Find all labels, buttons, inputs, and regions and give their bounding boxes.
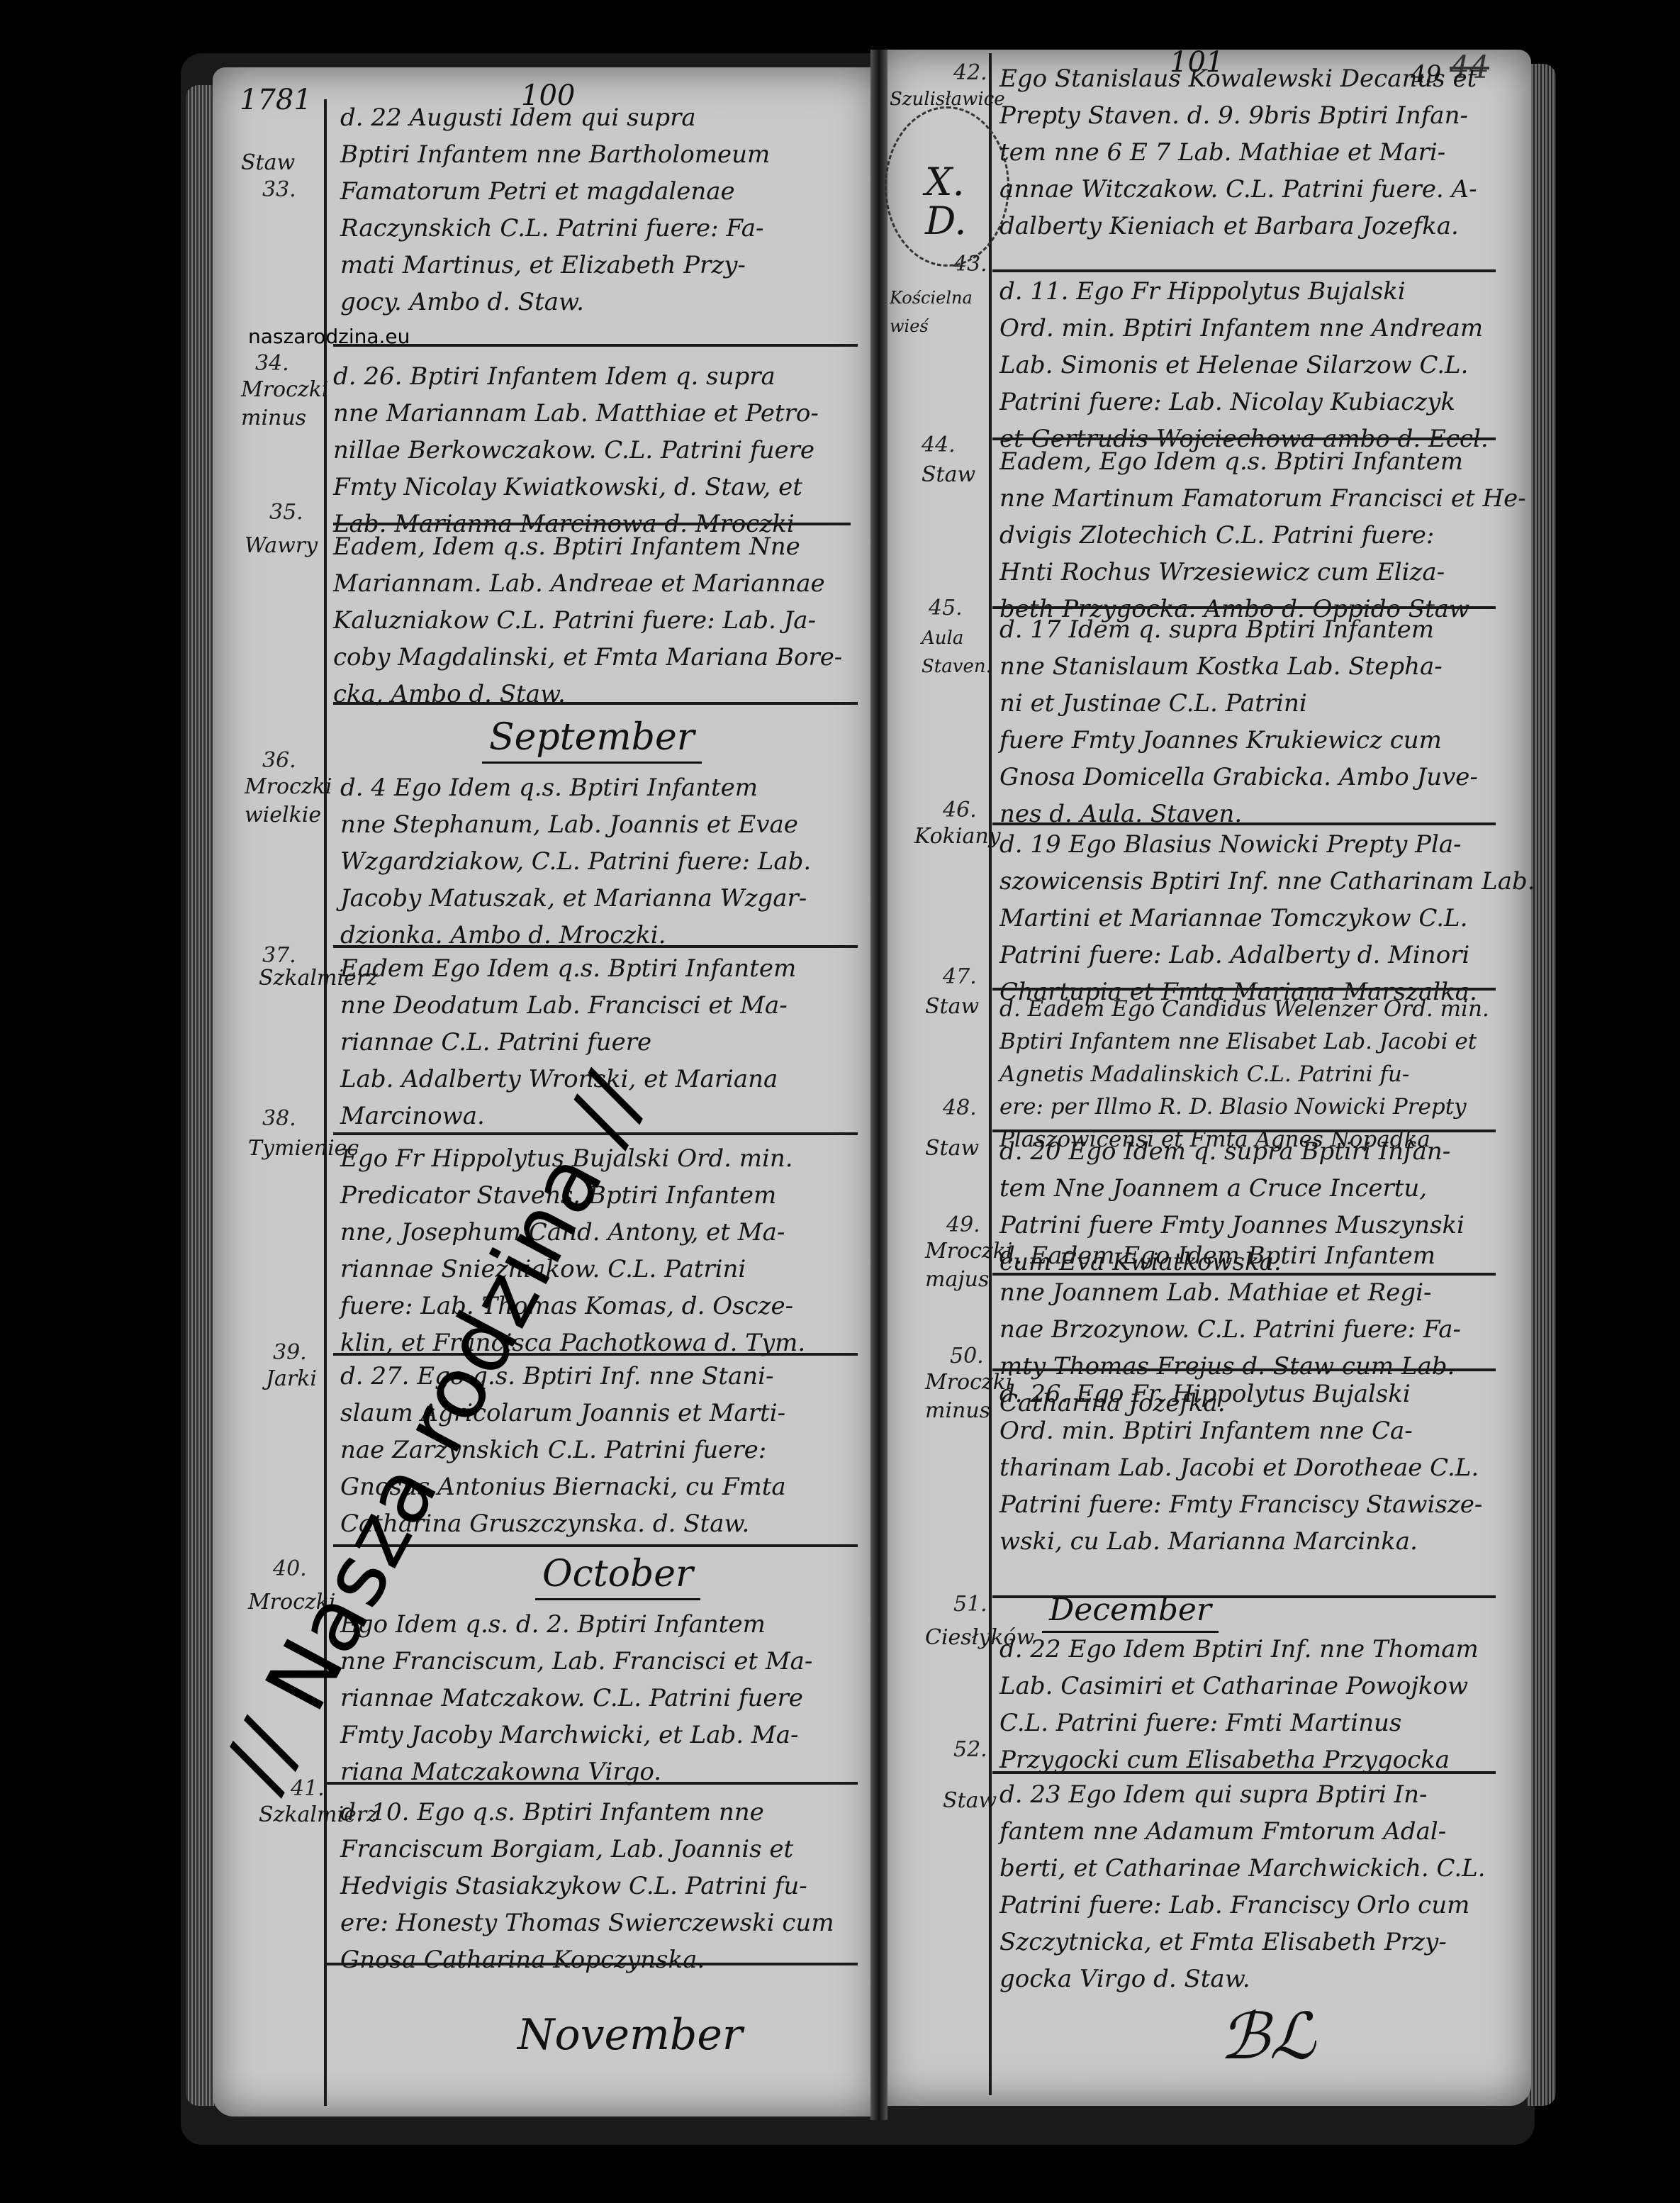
priest-signature: ℬℒ — [1219, 2000, 1316, 2074]
month-heading-december: December — [1042, 1592, 1219, 1633]
entry-place: Staw — [241, 149, 319, 177]
entry-divider — [992, 988, 1496, 991]
entry-divider — [992, 1368, 1496, 1371]
baptism-entry: d. 10. Ego q.s. Bptiri Infantem nne Fran… — [340, 1794, 834, 1978]
entry-place: Kokiany — [914, 822, 989, 851]
entry-place: Mroczki minus — [925, 1368, 989, 1425]
entry-divider — [992, 1130, 1496, 1132]
entry-place: Szulisławice — [890, 85, 989, 113]
stamp-letter: D. — [925, 199, 967, 243]
baptism-entry: d. 17 Idem q. supra Bptiri Infantem nne … — [999, 611, 1478, 832]
baptism-entry: d. 4 Ego Idem q.s. Bptiri Infantem nne S… — [340, 769, 811, 954]
entry-number: 42. — [953, 60, 987, 85]
entry-divider — [992, 606, 1496, 609]
entry-place: Staw — [925, 993, 989, 1021]
entry-place: Mroczki minus — [241, 376, 323, 433]
entry-place: Szkalmierz — [259, 964, 323, 993]
entry-divider — [326, 1782, 858, 1785]
baptism-entry: d. 22 Ego Idem Bptiri Inf. nne Thomam La… — [999, 1631, 1479, 1778]
entry-place: Jarki — [266, 1365, 323, 1393]
entry-number: 33. — [262, 177, 296, 202]
entry-number: 48. — [943, 1095, 977, 1120]
month-heading-september: September — [482, 716, 702, 764]
entry-divider — [333, 523, 851, 525]
entry-divider — [992, 269, 1496, 272]
entry-number: 36. — [262, 748, 296, 773]
baptism-entry: d. 19 Ego Blasius Nowicki Prepty Pla- sz… — [999, 826, 1535, 1010]
stamp-letter: X. — [925, 160, 965, 204]
baptism-entry: d. 23 Ego Idem qui supra Bptiri In- fant… — [999, 1776, 1486, 1997]
entry-number: 44. — [922, 433, 956, 457]
entry-divider — [992, 822, 1496, 825]
entry-number: 39. — [273, 1340, 307, 1365]
entry-number: 49. — [946, 1212, 980, 1237]
book-gutter — [870, 50, 887, 2120]
baptism-entry: d. 26. Bptiri Infantem Idem q. supra nne… — [333, 358, 819, 542]
entry-number: 50. — [950, 1344, 984, 1368]
entry-number: 52. — [953, 1737, 987, 1762]
entry-divider — [333, 945, 858, 948]
entry-divider — [333, 702, 858, 705]
entry-number: 38. — [262, 1106, 296, 1131]
entry-divider — [333, 344, 858, 347]
entry-number: 51. — [953, 1592, 987, 1617]
year-label: 1781 — [240, 84, 312, 116]
entry-place: Ciesłyków — [925, 1624, 989, 1652]
entry-place: Staw — [925, 1134, 989, 1163]
baptism-entry: Eadem, Idem q.s. Bptiri Infantem Nne Mar… — [333, 528, 842, 713]
month-heading-november: November — [510, 2010, 750, 2063]
month-heading-october: October — [535, 1553, 700, 1600]
entry-place: Wawry — [245, 532, 323, 560]
entry-place: Kościelna wieś — [890, 284, 989, 340]
entry-number: 45. — [929, 596, 963, 620]
entry-place: Staw — [943, 1787, 989, 1815]
entry-number: 35. — [269, 500, 303, 525]
entry-number: 34. — [255, 351, 289, 376]
baptism-entry: Ego Stanislaus Kowalewski Decanus et Pre… — [999, 60, 1477, 245]
entry-place: Staw — [922, 461, 989, 489]
site-watermark: naszarodzina.eu — [248, 325, 410, 348]
entry-number: 46. — [943, 798, 977, 822]
entry-number: 43. — [953, 252, 987, 277]
entry-place: Mroczki wielkie — [245, 773, 323, 830]
entry-number: 47. — [943, 964, 977, 989]
baptism-entry: Eadem, Ego Idem q.s. Bptiri Infantem nne… — [999, 443, 1526, 628]
entry-divider — [326, 1963, 858, 1965]
entry-place: Tymieniec — [248, 1134, 323, 1163]
baptism-entry: Ego Idem q.s. d. 2. Bptiri Infantem nne … — [340, 1606, 812, 1790]
entry-place: Szkalmierz — [259, 1801, 323, 1829]
entry-place: Mroczki majus — [925, 1237, 989, 1294]
entry-divider — [992, 437, 1496, 440]
entry-divider — [992, 1771, 1496, 1774]
baptism-entry: d. 11. Ego Fr Hippolytus Bujalski Ord. m… — [999, 273, 1489, 457]
right-page-edges — [1528, 64, 1556, 2106]
baptism-entry: d. 22 Augusti Idem qui supra Bptiri Infa… — [340, 99, 770, 320]
entry-place: Aula Staven. — [922, 624, 989, 681]
baptism-entry: d. 26. Ego Fr. Hippolytus Bujalski Ord. … — [999, 1376, 1482, 1560]
entry-divider — [333, 1353, 858, 1356]
